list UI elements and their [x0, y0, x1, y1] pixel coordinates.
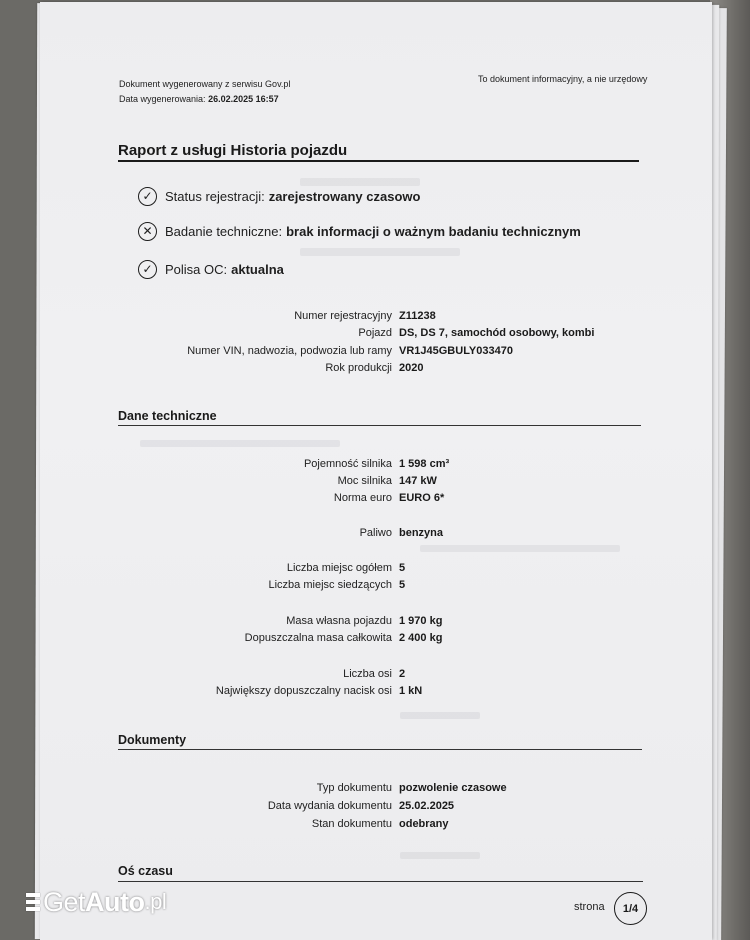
tech-row-seats-sitting: Liczba miejsc siedzących 5 [0, 577, 750, 593]
generated-from: Dokument wygenerowany z serwisu Gov.pl [119, 77, 290, 92]
page-label: strona [574, 901, 605, 913]
section-divider [118, 749, 642, 750]
bleed-through [400, 712, 480, 719]
page-number-badge: 1/4 [614, 892, 647, 925]
tech-row-euro-norm: Norma euro EURO 6* [0, 490, 750, 506]
vehicle-row-year: Rok produkcji 2020 [0, 360, 750, 376]
tech-row-curb-weight: Masa własna pojazdu 1 970 kg [0, 613, 750, 629]
vehicle-row-registration: Numer rejestracyjny Z11238 [0, 308, 750, 324]
disclaimer: To dokument informacyjny, a nie urzędowy [478, 74, 647, 84]
getauto-logo-icon [26, 893, 40, 911]
x-circle-icon: ✕ [138, 222, 157, 241]
tech-row-engine-power: Moc silnika 147 kW [0, 473, 750, 489]
status-insurance: ✓ Polisa OC: aktualna [138, 258, 284, 280]
section-divider [118, 881, 643, 882]
bleed-through [400, 852, 480, 859]
getauto-watermark: GetAuto.pl [26, 884, 166, 920]
tech-row-axle-load: Największy dopuszczalny nacisk osi 1 kN [0, 683, 750, 699]
check-circle-icon: ✓ [138, 187, 157, 206]
doc-row-type: Typ dokumentu pozwolenie czasowe [0, 780, 750, 796]
vehicle-row-vehicle: Pojazd DS, DS 7, samochód osobowy, kombi [0, 325, 750, 341]
title-divider [118, 160, 639, 162]
page-title: Raport z usługi Historia pojazdu [118, 142, 347, 159]
section-heading-timeline: Oś czasu [118, 864, 173, 878]
tech-row-seats-total: Liczba miejsc ogółem 5 [0, 560, 750, 576]
doc-row-state: Stan dokumentu odebrany [0, 816, 750, 832]
tech-row-fuel: Paliwo benzyna [0, 525, 750, 541]
status-technical-inspection: ✕ Badanie techniczne: brak informacji o … [138, 220, 581, 242]
bleed-through [300, 248, 460, 256]
generated-date: Data wygenerowania: 26.02.2025 16:57 [119, 92, 290, 107]
section-heading-documents: Dokumenty [118, 733, 186, 747]
bleed-through [140, 440, 340, 447]
bleed-through [420, 545, 620, 552]
tech-row-engine-capacity: Pojemność silnika 1 598 cm³ [0, 456, 750, 472]
check-circle-icon: ✓ [138, 260, 157, 279]
tech-row-axles: Liczba osi 2 [0, 666, 750, 682]
doc-row-issue-date: Data wydania dokumentu 25.02.2025 [0, 798, 750, 814]
section-divider [118, 425, 641, 426]
tech-row-gross-weight: Dopuszczalna masa całkowita 2 400 kg [0, 630, 750, 646]
status-registration: ✓ Status rejestracji: zarejestrowany cza… [138, 185, 420, 207]
section-heading-technical: Dane techniczne [118, 409, 217, 423]
vehicle-row-vin: Numer VIN, nadwozia, podwozia lub ramy V… [0, 343, 750, 359]
generation-info: Dokument wygenerowany z serwisu Gov.pl D… [119, 77, 290, 107]
